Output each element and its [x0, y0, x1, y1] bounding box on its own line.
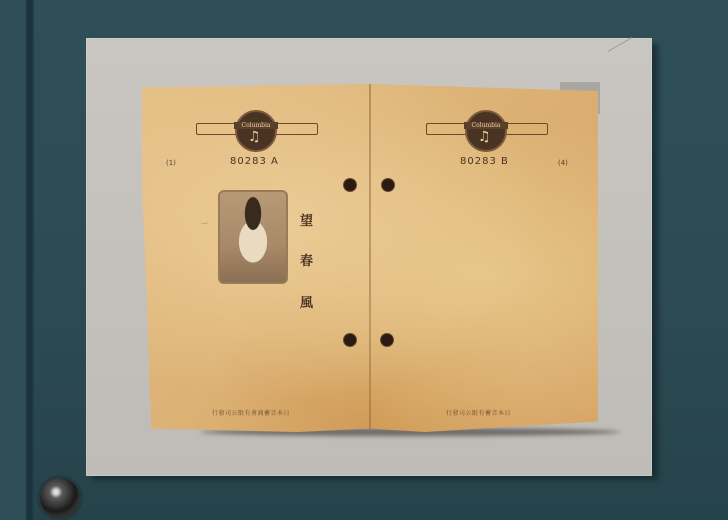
catalog-number-left: 80283 A [230, 156, 279, 167]
title-char: 望 [300, 210, 313, 229]
singer-portrait [218, 190, 288, 284]
lyrics-column: 一 [200, 220, 208, 280]
wall-groove [26, 0, 34, 520]
center-fold [369, 84, 371, 432]
page-number-left: (1) [166, 159, 176, 167]
music-note-icon: ♫ [478, 130, 491, 144]
page-number-right: (4) [558, 159, 568, 167]
binding-hole [344, 179, 356, 191]
lyric-sheet: Columbia ♫ 80283 A (1) 一 望 春 風 行發司公限有會商蓄… [142, 84, 598, 432]
title-char: 春 [300, 250, 313, 269]
brand-name: Columbia [234, 122, 278, 129]
columbia-logo-left: Columbia ♫ [196, 110, 316, 154]
binding-hole [381, 334, 393, 346]
columbia-logo-right: Columbia ♫ [426, 110, 546, 154]
door-knob [40, 478, 80, 518]
wall-left-panel [0, 0, 26, 520]
lyrics-column [188, 224, 196, 280]
catalog-number-right: 80283 B [460, 156, 509, 167]
lyrics-column [176, 214, 184, 264]
publisher-footer-right: 行發司公限有蓄音本日 [446, 408, 511, 417]
binding-hole [382, 179, 394, 191]
binding-hole [344, 334, 356, 346]
publisher-footer-left: 行發司公限有會商蓄音本日 [212, 408, 290, 417]
title-char: 風 [300, 292, 313, 311]
music-note-icon: ♫ [248, 130, 261, 144]
brand-name: Columbia [464, 122, 508, 129]
